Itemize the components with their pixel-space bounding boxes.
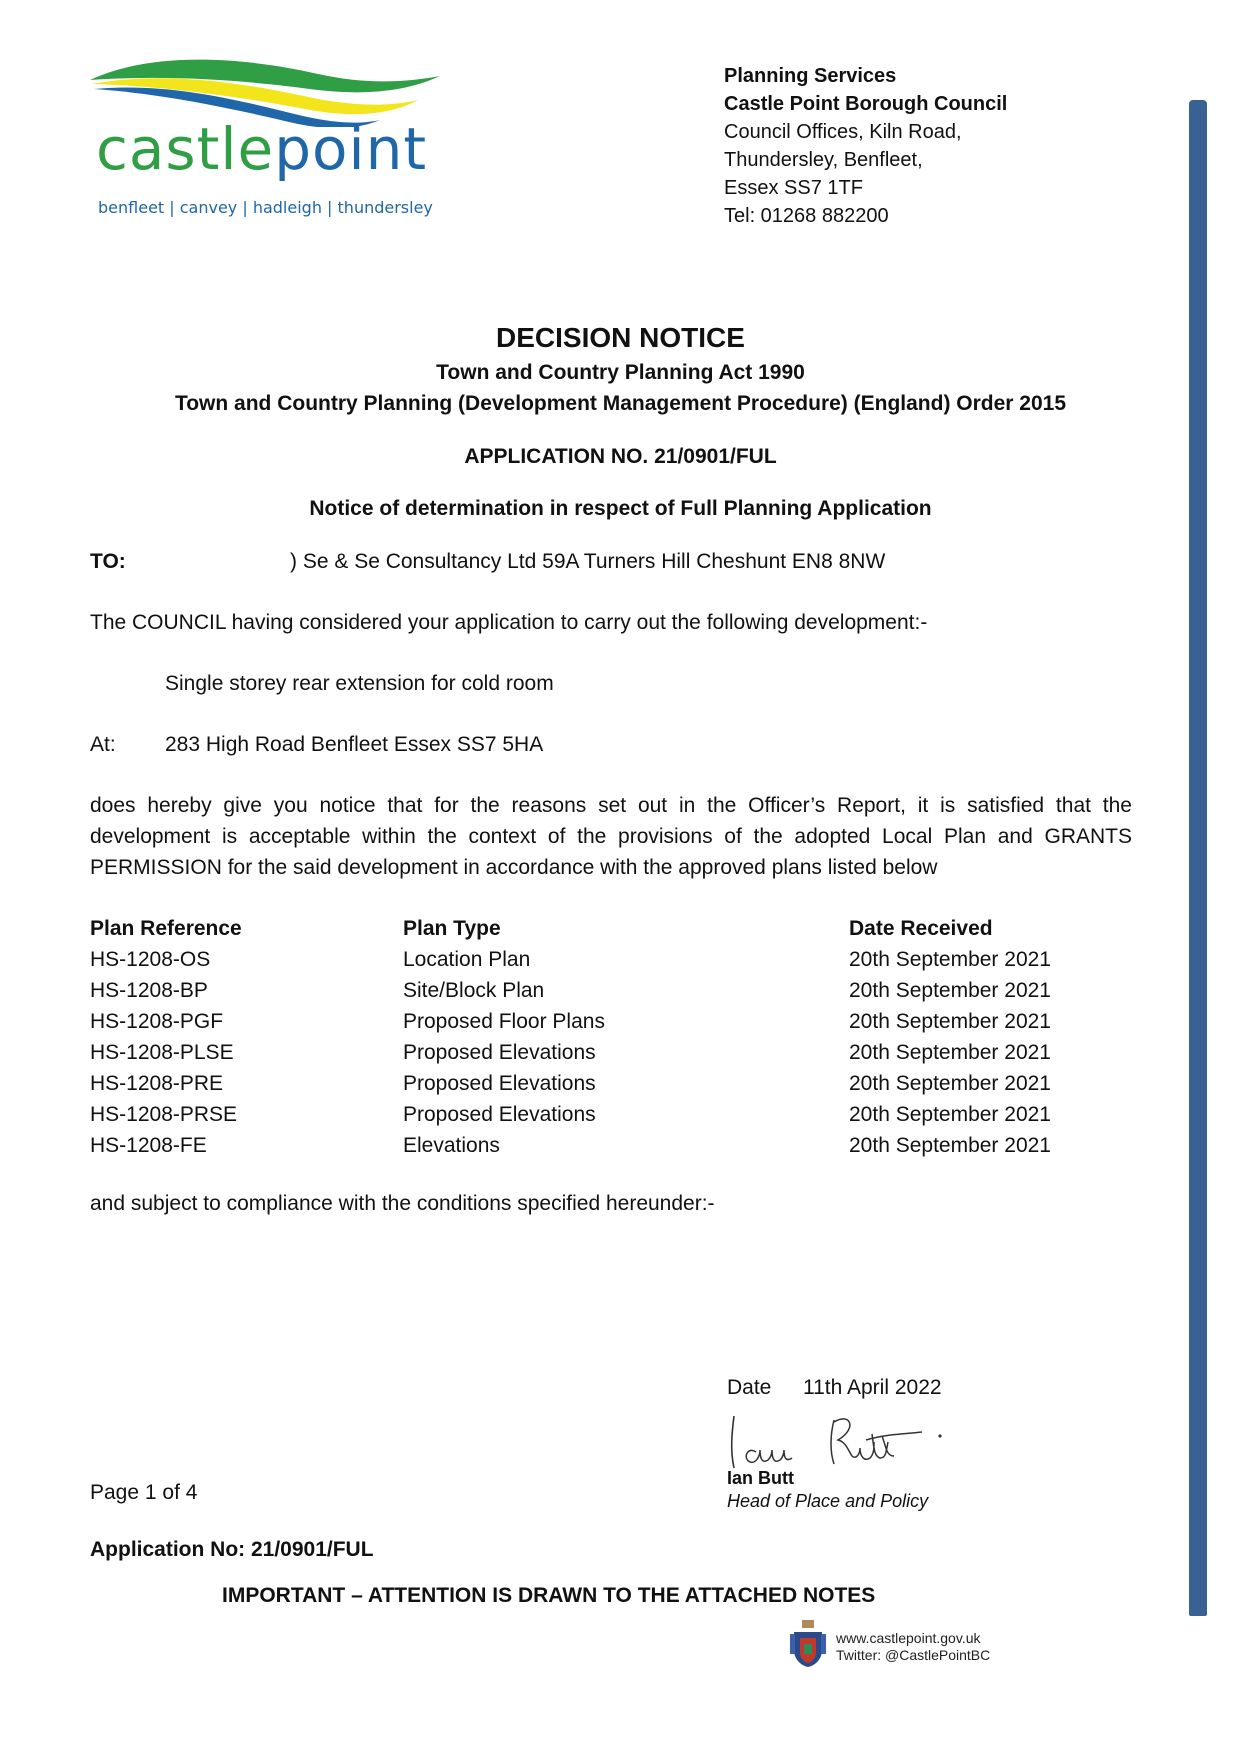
twitter-handle[interactable]: Twitter: @CastlePointBC xyxy=(836,1647,990,1664)
plan-reference: HS-1208-PRE xyxy=(90,1068,403,1099)
notice-prefix: Notice of determination in respect of xyxy=(309,497,680,520)
footer-contact: www.castlepoint.gov.uk Twitter: @CastleP… xyxy=(836,1630,990,1664)
date-received: 20th September 2021 xyxy=(849,1037,1109,1068)
plan-reference: HS-1208-BP xyxy=(90,975,403,1006)
recipient-label: TO: xyxy=(90,550,126,574)
header-plan-type: Plan Type xyxy=(403,913,849,944)
date-received: 20th September 2021 xyxy=(849,1006,1109,1037)
table-row: HS-1208-BP Site/Block Plan 20th Septembe… xyxy=(90,975,1109,1006)
conditions-intro: and subject to compliance with the condi… xyxy=(90,1192,715,1216)
logo-wordmark: castlepoint xyxy=(96,120,427,178)
castle-point-logo: castlepoint benfleet | canvey | hadleigh… xyxy=(88,52,448,222)
signatory-name: Ian Butt xyxy=(727,1468,794,1489)
plan-reference: HS-1208-PGF xyxy=(90,1006,403,1037)
table-row: HS-1208-PLSE Proposed Elevations 20th Se… xyxy=(90,1037,1109,1068)
notice-type: Full Planning Application xyxy=(680,497,931,520)
header-plan-reference: Plan Reference xyxy=(90,913,403,944)
address-council: Castle Point Borough Council xyxy=(724,90,1007,118)
date-value: 11th April 2022 xyxy=(803,1376,942,1400)
development-description: Single storey rear extension for cold ro… xyxy=(165,672,554,696)
signature-icon xyxy=(726,1412,966,1472)
date-received: 20th September 2021 xyxy=(849,944,1109,975)
table-header-row: Plan Reference Plan Type Date Received xyxy=(90,913,1109,944)
order-heading: Town and Country Planning (Development M… xyxy=(0,392,1241,416)
plan-type: Proposed Elevations xyxy=(403,1037,849,1068)
address-line: Thundersley, Benfleet, xyxy=(724,146,1007,174)
website-link[interactable]: www.castlepoint.gov.uk xyxy=(836,1630,990,1647)
date-label: Date xyxy=(727,1376,771,1400)
decision-paragraph: does hereby give you notice that for the… xyxy=(90,790,1132,883)
table-row: HS-1208-PRSE Proposed Elevations 20th Se… xyxy=(90,1099,1109,1130)
page-number: Page 1 of 4 xyxy=(90,1481,197,1505)
table-row: HS-1208-PGF Proposed Floor Plans 20th Se… xyxy=(90,1006,1109,1037)
act-heading: Town and Country Planning Act 1990 xyxy=(0,361,1241,385)
signatory-role: Head of Place and Policy xyxy=(727,1491,928,1512)
application-number: APPLICATION NO. 21/0901/FUL xyxy=(0,445,1241,469)
plan-reference: HS-1208-OS xyxy=(90,944,403,975)
table-row: HS-1208-FE Elevations 20th September 202… xyxy=(90,1130,1109,1161)
table-row: HS-1208-PRE Proposed Elevations 20th Sep… xyxy=(90,1068,1109,1099)
page-title: DECISION NOTICE xyxy=(0,322,1241,354)
council-address: Planning Services Castle Point Borough C… xyxy=(724,62,1007,230)
important-notice: IMPORTANT – ATTENTION IS DRAWN TO THE AT… xyxy=(222,1584,875,1608)
date-received: 20th September 2021 xyxy=(849,1099,1109,1130)
council-crest-icon xyxy=(790,1620,826,1668)
address-phone: Tel: 01268 882200 xyxy=(724,202,1007,230)
plan-reference: HS-1208-PLSE xyxy=(90,1037,403,1068)
plan-reference: HS-1208-PRSE xyxy=(90,1099,403,1130)
date-received: 20th September 2021 xyxy=(849,1130,1109,1161)
plan-type: Location Plan xyxy=(403,944,849,975)
table-row: HS-1208-OS Location Plan 20th September … xyxy=(90,944,1109,975)
logo-tagline: benfleet | canvey | hadleigh | thundersl… xyxy=(98,198,433,217)
address-department: Planning Services xyxy=(724,62,1007,90)
date-received: 20th September 2021 xyxy=(849,975,1109,1006)
plan-type: Proposed Elevations xyxy=(403,1099,849,1130)
plan-type: Elevations xyxy=(403,1130,849,1161)
address-line: Council Offices, Kiln Road, xyxy=(724,118,1007,146)
notice-heading: Notice of determination in respect of Fu… xyxy=(0,497,1241,521)
footer-application-number: Application No: 21/0901/FUL xyxy=(90,1538,374,1562)
plan-reference: HS-1208-FE xyxy=(90,1130,403,1161)
site-address: 283 High Road Benfleet Essex SS7 5HA xyxy=(165,733,543,757)
approved-plans-table: Plan Reference Plan Type Date Received H… xyxy=(90,913,1109,1161)
recipient-value: ) Se & Se Consultancy Ltd 59A Turners Hi… xyxy=(290,550,885,574)
plan-type: Proposed Floor Plans xyxy=(403,1006,849,1037)
site-label: At: xyxy=(90,733,116,757)
logo-word-point: point xyxy=(274,115,427,183)
logo-word-castle: castle xyxy=(96,115,274,183)
intro-text: The COUNCIL having considered your appli… xyxy=(90,611,927,635)
address-line: Essex SS7 1TF xyxy=(724,174,1007,202)
plan-type: Site/Block Plan xyxy=(403,975,849,1006)
date-received: 20th September 2021 xyxy=(849,1068,1109,1099)
header-date-received: Date Received xyxy=(849,913,1109,944)
plan-type: Proposed Elevations xyxy=(403,1068,849,1099)
